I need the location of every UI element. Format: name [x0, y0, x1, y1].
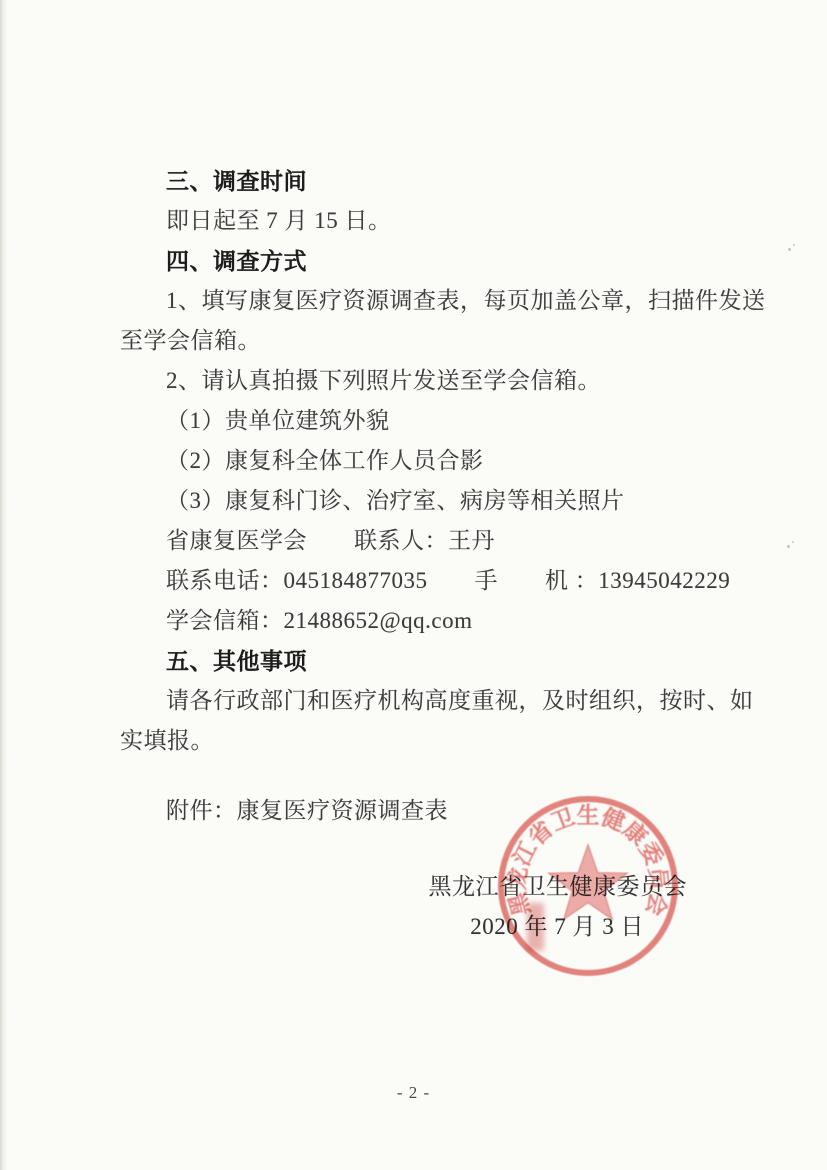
section-heading-survey-time: 三、调查时间	[120, 161, 732, 201]
scan-speck	[787, 545, 790, 548]
page-number: - 2 -	[0, 1083, 827, 1103]
paragraph-survey-time: 即日起至 7 月 15 日。	[120, 201, 732, 241]
paper-edge-shadow	[0, 0, 8, 1170]
contact-phone-line: 联系电话：045184877035 手 机 ：13945042229	[120, 561, 732, 601]
paragraph-other-line-2: 实填报。	[120, 721, 732, 761]
scan-speck	[788, 248, 791, 251]
scan-speck	[792, 541, 794, 543]
section-heading-other-matters: 五、其他事项	[120, 641, 732, 681]
list-item-photo-2: （2）康复科全体工作人员合影	[120, 441, 732, 481]
scanned-document-page: 三、调查时间 即日起至 7 月 15 日。 四、调查方式 1、填写康复医疗资源调…	[0, 0, 827, 1170]
paragraph-method-1-line-2: 至学会信箱。	[120, 321, 732, 361]
paragraph-other-line-1: 请各行政部门和医疗机构高度重视，及时组织，按时、如	[120, 681, 732, 721]
official-seal: 黑龙江省卫生健康委员会	[493, 791, 683, 981]
paragraph-method-1-line-1: 1、填写康复医疗资源调查表，每页加盖公章，扫描件发送	[120, 281, 732, 321]
list-item-photo-3: （3）康复科门诊、治疗室、病房等相关照片	[120, 481, 732, 521]
list-item-photo-1: （1）贵单位建筑外貌	[120, 401, 732, 441]
scan-speck	[793, 244, 795, 246]
paragraph-method-2: 2、请认真拍摄下列照片发送至学会信箱。	[120, 361, 732, 401]
seal-star-icon	[549, 845, 627, 919]
section-heading-survey-method: 四、调查方式	[120, 241, 732, 281]
contact-email-line: 学会信箱：21488652@qq.com	[120, 601, 732, 641]
contact-person-line: 省康复医学会 联系人：王丹	[120, 521, 732, 561]
